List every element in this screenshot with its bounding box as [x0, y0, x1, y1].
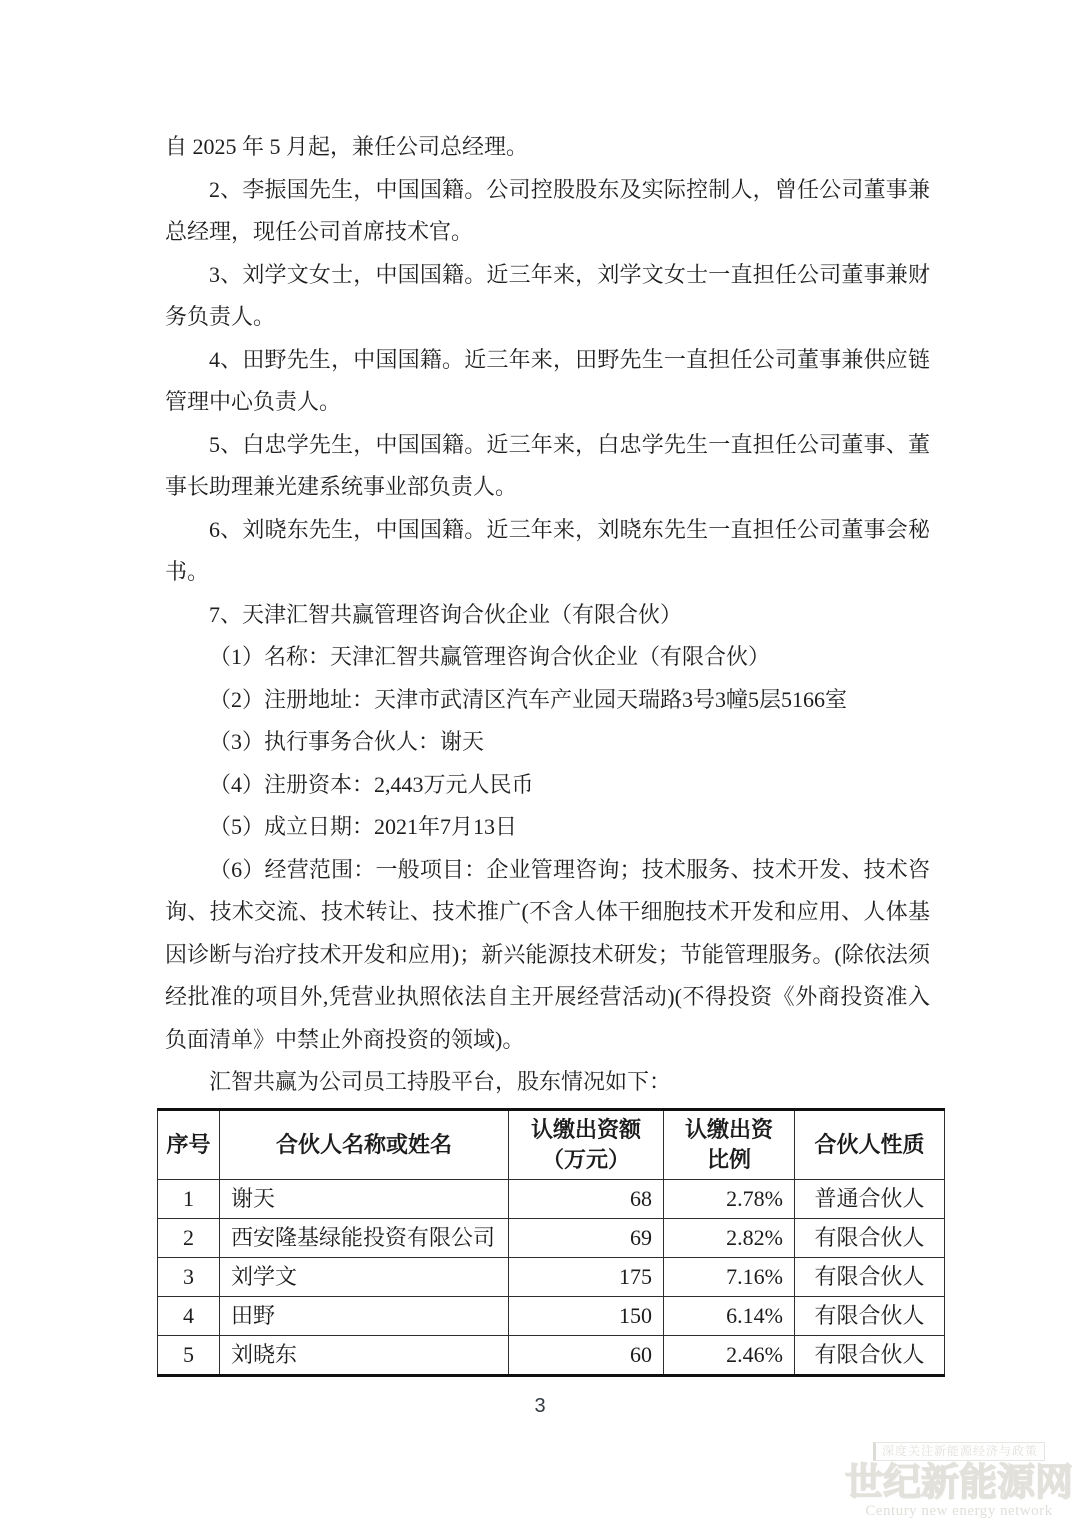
paragraph: （3）执行事务合伙人：谢天: [165, 721, 930, 764]
header-cell-index: 序号: [158, 1110, 220, 1180]
cell-subscribed-ratio: 2.46%: [664, 1336, 795, 1376]
cell-partner-name: 刘学文: [220, 1258, 509, 1297]
partners-table: 序号 合伙人名称或姓名 认缴出资额 （万元） 认缴出资 比例 合伙人性质 1 谢…: [157, 1108, 945, 1377]
paragraph: 6、刘晓东先生，中国国籍。近三年来，刘晓东先生一直担任公司董事会秘书。: [165, 509, 930, 594]
watermark-site-name-english: Century new energy network: [840, 1503, 1078, 1520]
cell-index: 1: [158, 1180, 220, 1219]
cell-partner-type: 有限合伙人: [795, 1219, 945, 1258]
header-cell-partner-name: 合伙人名称或姓名: [220, 1110, 509, 1180]
header-cell-subscribed-ratio: 认缴出资 比例: [664, 1110, 795, 1180]
cell-index: 4: [158, 1297, 220, 1336]
cell-partner-name: 谢天: [220, 1180, 509, 1219]
paragraph: 5、白忠学先生，中国国籍。近三年来，白忠学先生一直担任公司董事、董事长助理兼光建…: [165, 424, 930, 509]
paragraph: （4）注册资本：2,443万元人民币: [165, 764, 930, 807]
partners-table-container: 序号 合伙人名称或姓名 认缴出资额 （万元） 认缴出资 比例 合伙人性质 1 谢…: [157, 1108, 944, 1377]
cell-partner-type: 有限合伙人: [795, 1297, 945, 1336]
paragraph: 2、李振国先生，中国国籍。公司控股股东及实际控制人，曾任公司董事兼总经理，现任公…: [165, 169, 930, 254]
watermark-tagline: 深度关注新能源经济与政策: [873, 1442, 1045, 1461]
cell-index: 2: [158, 1219, 220, 1258]
paragraph: （1）名称：天津汇智共赢管理咨询合伙企业（有限合伙）: [165, 636, 930, 679]
cell-partner-name: 田野: [220, 1297, 509, 1336]
cell-subscribed-amount: 68: [509, 1180, 664, 1219]
cell-index: 5: [158, 1336, 220, 1376]
document-body-text: 自 2025 年 5 月起，兼任公司总经理。 2、李振国先生，中国国籍。公司控股…: [165, 126, 930, 1104]
table-row: 2 西安隆基绿能投资有限公司 69 2.82% 有限合伙人: [158, 1219, 945, 1258]
header-cell-partner-type: 合伙人性质: [795, 1110, 945, 1180]
paragraph: 4、田野先生，中国国籍。近三年来，田野先生一直担任公司董事兼供应链管理中心负责人…: [165, 339, 930, 424]
paragraph: 7、天津汇智共赢管理咨询合伙企业（有限合伙）: [165, 594, 930, 637]
cell-partner-type: 有限合伙人: [795, 1336, 945, 1376]
page-number: 3: [0, 1394, 1080, 1418]
paragraph: （2）注册地址：天津市武清区汽车产业园天瑞路3号3幢5层5166室: [165, 679, 930, 722]
cell-subscribed-ratio: 6.14%: [664, 1297, 795, 1336]
cell-subscribed-amount: 60: [509, 1336, 664, 1376]
paragraph: 自 2025 年 5 月起，兼任公司总经理。: [165, 126, 930, 169]
paragraph: 汇智共赢为公司员工持股平台，股东情况如下：: [165, 1061, 930, 1104]
cell-subscribed-amount: 150: [509, 1297, 664, 1336]
table-row: 3 刘学文 175 7.16% 有限合伙人: [158, 1258, 945, 1297]
site-watermark: 深度关注新能源经济与政策 世纪新能源网 Century new energy n…: [840, 1442, 1078, 1520]
cell-partner-type: 有限合伙人: [795, 1258, 945, 1297]
cell-partner-type: 普通合伙人: [795, 1180, 945, 1219]
cell-subscribed-amount: 175: [509, 1258, 664, 1297]
table-row: 1 谢天 68 2.78% 普通合伙人: [158, 1180, 945, 1219]
cell-partner-name: 西安隆基绿能投资有限公司: [220, 1219, 509, 1258]
cell-index: 3: [158, 1258, 220, 1297]
document-page: 自 2025 年 5 月起，兼任公司总经理。 2、李振国先生，中国国籍。公司控股…: [0, 0, 1080, 1526]
table-header-row: 序号 合伙人名称或姓名 认缴出资额 （万元） 认缴出资 比例 合伙人性质: [158, 1110, 945, 1180]
header-cell-subscribed-amount: 认缴出资额 （万元）: [509, 1110, 664, 1180]
table-row: 5 刘晓东 60 2.46% 有限合伙人: [158, 1336, 945, 1376]
table-row: 4 田野 150 6.14% 有限合伙人: [158, 1297, 945, 1336]
paragraph: 3、刘学文女士，中国国籍。近三年来，刘学文女士一直担任公司董事兼财务负责人。: [165, 254, 930, 339]
paragraph: （6）经营范围：一般项目：企业管理咨询；技术服务、技术开发、技术咨询、技术交流、…: [165, 849, 930, 1062]
cell-partner-name: 刘晓东: [220, 1336, 509, 1376]
cell-subscribed-ratio: 7.16%: [664, 1258, 795, 1297]
cell-subscribed-amount: 69: [509, 1219, 664, 1258]
cell-subscribed-ratio: 2.78%: [664, 1180, 795, 1219]
paragraph: （5）成立日期：2021年7月13日: [165, 806, 930, 849]
watermark-site-name: 世纪新能源网: [840, 1463, 1078, 1503]
cell-subscribed-ratio: 2.82%: [664, 1219, 795, 1258]
